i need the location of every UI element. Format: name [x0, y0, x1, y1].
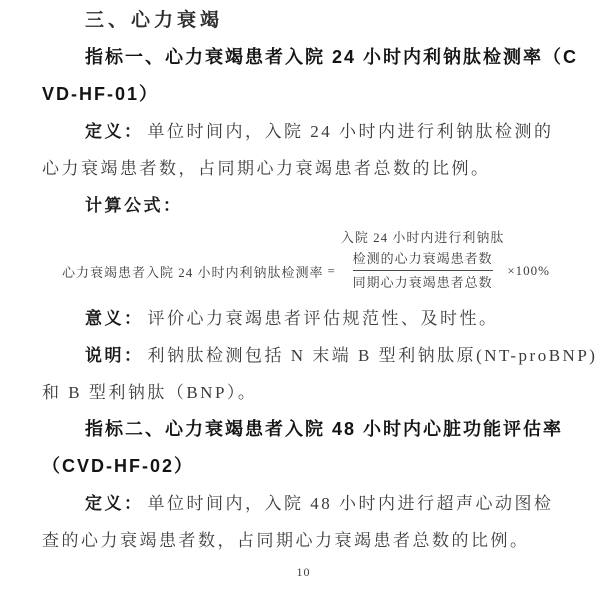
- formula-numerator-line1: 入院 24 小时内进行利钠肽: [341, 227, 505, 248]
- section-heading: 三、心力衰竭: [42, 0, 570, 37]
- indicator1-title-line2: VD-HF-01）: [42, 74, 570, 111]
- formula-numerator-line2: 检测的心力衰竭患者数: [353, 248, 493, 270]
- formula-denominator: 同期心力衰竭患者总数: [353, 270, 493, 293]
- formula-equals-sign: =: [327, 263, 335, 279]
- indicator2-title-line2: （CVD-HF-02）: [42, 446, 570, 483]
- indicator1-definition-line2: 心力衰竭患者数，占同期心力衰竭患者总数的比例。: [42, 148, 570, 185]
- formula-label-line: 计算公式：: [42, 185, 570, 222]
- formula-fraction: 入院 24 小时内进行利钠肽 检测的心力衰竭患者数 同期心力衰竭患者总数: [341, 227, 505, 293]
- formula-lhs: 心力衰竭患者入院 24 小时内利钠肽检测率: [62, 262, 324, 281]
- document-content: 三、心力衰竭 指标一、心力衰竭患者入院 24 小时内利钠肽检测率（C VD-HF…: [42, 0, 570, 557]
- formula-block: 心力衰竭患者入院 24 小时内利钠肽检测率 = 入院 24 小时内进行利钠肽 检…: [42, 222, 570, 298]
- significance-label: 意义：: [85, 304, 144, 329]
- indicator2-definition-line1: 定义： 单位时间内，入院 48 小时内进行超声心动图检: [42, 483, 570, 520]
- indicator1-note-line1: 说明： 利钠肽检测包括 N 末端 B 型利钠肽原(NT-proBNP): [42, 335, 570, 372]
- formula-label: 计算公式：: [85, 191, 183, 216]
- definition-text: 单位时间内，入院 24 小时内进行利钠肽检测的: [148, 117, 554, 142]
- indicator1-title-line1: 指标一、心力衰竭患者入院 24 小时内利钠肽检测率（C: [42, 37, 570, 74]
- page-number: 10: [0, 565, 607, 580]
- indicator2-definition-line2: 查的心力衰竭患者数，占同期心力衰竭患者总数的比例。: [42, 520, 570, 557]
- document-page: 三、心力衰竭 指标一、心力衰竭患者入院 24 小时内利钠肽检测率（C VD-HF…: [0, 0, 607, 590]
- note-text: 利钠肽检测包括 N 末端 B 型利钠肽原(NT-proBNP): [148, 341, 598, 366]
- note-label: 说明：: [85, 341, 144, 366]
- indicator1-note-line2: 和 B 型利钠肽（BNP）。: [42, 372, 570, 409]
- definition-label: 定义：: [85, 117, 144, 142]
- indicator2-title-line1: 指标二、心力衰竭患者入院 48 小时内心脏功能评估率: [42, 409, 570, 446]
- definition-text: 单位时间内，入院 48 小时内进行超声心动图检: [148, 489, 554, 514]
- significance-text: 评价心力衰竭患者评估规范性、及时性。: [148, 304, 499, 329]
- definition-label: 定义：: [85, 489, 144, 514]
- formula-multiplier: ×100%: [507, 263, 550, 279]
- indicator1-definition-line1: 定义： 单位时间内，入院 24 小时内进行利钠肽检测的: [42, 111, 570, 148]
- indicator1-significance-line: 意义： 评价心力衰竭患者评估规范性、及时性。: [42, 298, 570, 335]
